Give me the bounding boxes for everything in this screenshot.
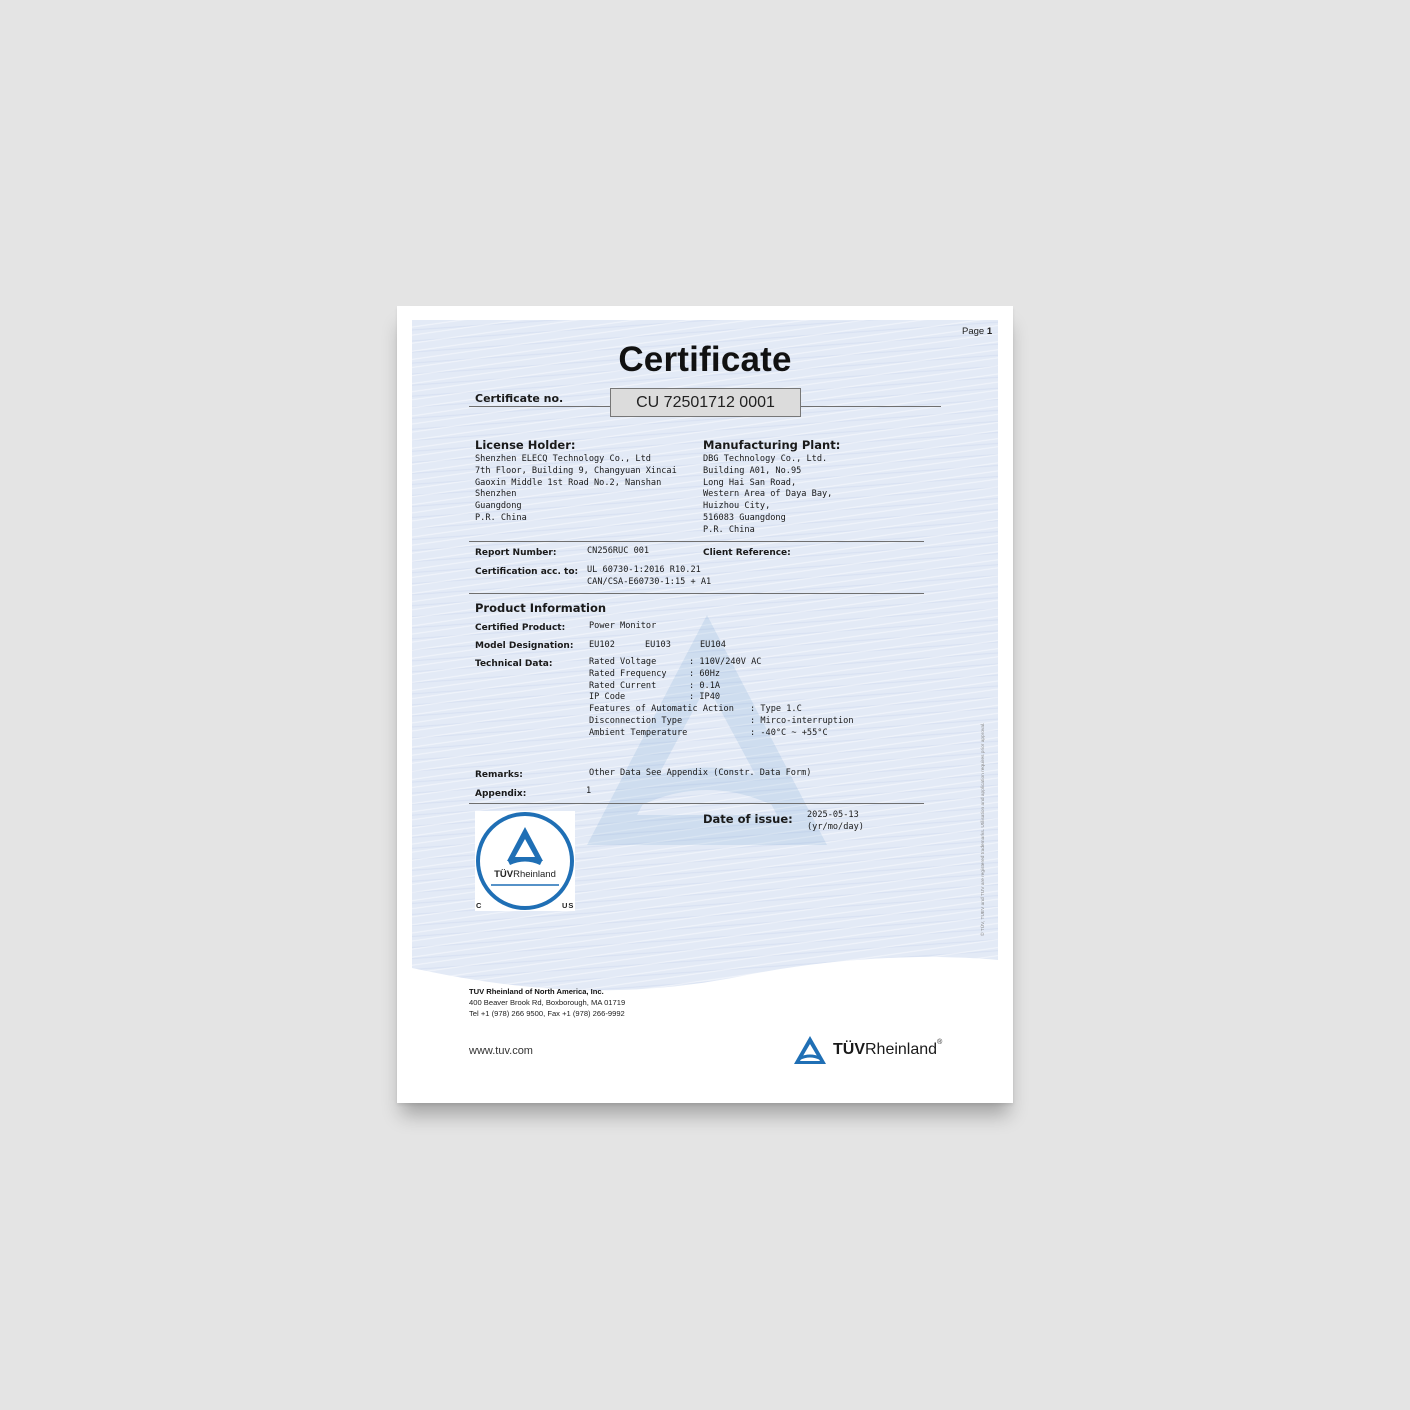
appendix-label: Appendix:	[475, 789, 526, 799]
product-info-title: Product Information	[475, 601, 606, 615]
address-line: Building A01, No.95	[703, 466, 832, 478]
certificate-document: Page 1 Certificate Certificate no. CU 72…	[397, 306, 1013, 1103]
tech-key: Disconnection Type	[589, 716, 750, 728]
technical-row: Rated Frequency: 60Hz	[589, 669, 854, 681]
brand-name: TÜVRheinland®	[833, 1041, 942, 1059]
manufacturing-plant-label: Manufacturing Plant:	[703, 438, 840, 452]
remarks-value: Other Data See Appendix (Constr. Data Fo…	[589, 768, 811, 780]
tech-key: IP Code	[589, 692, 689, 704]
brand-bold: TÜV	[833, 1041, 865, 1058]
seal-c-mark: C	[476, 901, 481, 910]
address-line: Western Area of Daya Bay,	[703, 489, 832, 501]
address-line: Gaoxin Middle 1st Road No.2, Nanshan	[475, 478, 677, 490]
tuv-seal-icon	[475, 811, 575, 911]
website-link[interactable]: www.tuv.com	[469, 1045, 533, 1057]
seal-brand-regular: Rheinland	[513, 869, 556, 880]
page-label: Page	[962, 326, 984, 337]
page-number-value: 1	[987, 326, 992, 337]
certification-standards: UL 60730-1:2016 R10.21 CAN/CSA-E60730-1:…	[587, 565, 711, 589]
date-format: (yr/mo/day)	[807, 822, 864, 834]
tech-key: Features of Automatic Action	[589, 704, 750, 716]
tech-value: Type 1.C	[760, 704, 801, 714]
certificate-number: CU 72501712 0001	[610, 388, 801, 417]
report-number-value: CN256RUC 001	[587, 546, 649, 558]
technical-row: Rated Current: 0.1A	[589, 681, 854, 693]
remarks-label: Remarks:	[475, 770, 523, 780]
technical-row: Rated Voltage: 110V/240V AC	[589, 657, 854, 669]
address-line: Long Hai San Road,	[703, 478, 832, 490]
address-line: Shenzhen	[475, 489, 677, 501]
tech-value: 0.1A	[699, 681, 720, 691]
client-reference-label: Client Reference:	[703, 548, 791, 558]
tech-key: Rated Voltage	[589, 657, 689, 669]
divider	[469, 541, 924, 542]
tech-value: 110V/240V AC	[699, 657, 761, 667]
seal-brand: TÜVRheinland	[475, 869, 575, 880]
address-line: P.R. China	[703, 525, 832, 537]
page-number: Page 1	[962, 326, 992, 337]
tech-value: Mirco-interruption	[760, 716, 853, 726]
tuv-rheinland-logo: TÜVRheinland®	[793, 1035, 942, 1065]
tech-value: -40°C ~ +55°C	[760, 728, 827, 738]
address-line: DBG Technology Co., Ltd.	[703, 454, 832, 466]
footer-contact: Tel +1 (978) 266 9500, Fax +1 (978) 266-…	[469, 1009, 625, 1018]
license-holder-label: License Holder:	[475, 438, 576, 452]
certified-product-value: Power Monitor	[589, 621, 656, 633]
certification-label: Certification acc. to:	[475, 567, 578, 577]
tech-key: Rated Frequency	[589, 669, 689, 681]
date-of-issue-label: Date of issue:	[703, 812, 793, 826]
address-line: 7th Floor, Building 9, Changyuan Xincai	[475, 466, 677, 478]
model-item: EU102	[589, 640, 615, 652]
technical-row: Features of Automatic Action: Type 1.C	[589, 704, 854, 716]
date-of-issue: 2025-05-13 (yr/mo/day)	[807, 810, 864, 834]
manufacturing-plant-address: DBG Technology Co., Ltd. Building A01, N…	[703, 454, 832, 537]
footer-address: 400 Beaver Brook Rd, Boxborough, MA 0171…	[469, 998, 625, 1007]
standard-item: CAN/CSA-E60730-1:15 + A1	[587, 577, 711, 589]
technical-row: Ambient Temperature: -40°C ~ +55°C	[589, 728, 854, 740]
certified-product-label: Certified Product:	[475, 623, 565, 633]
model-item: EU104	[700, 640, 726, 652]
address-line: Guangdong	[475, 501, 677, 513]
tech-value: 60Hz	[699, 669, 720, 679]
technical-row: Disconnection Type: Mirco-interruption	[589, 716, 854, 728]
divider	[469, 803, 924, 804]
standard-item: UL 60730-1:2016 R10.21	[587, 565, 711, 577]
tech-key: Ambient Temperature	[589, 728, 750, 740]
certification-seal: TÜVRheinland	[475, 811, 575, 911]
tech-value: IP40	[699, 692, 720, 702]
trademark-notice: © TÜV, TUEV and TUV are registered trade…	[981, 696, 986, 936]
technical-row: IP Code: IP40	[589, 692, 854, 704]
brand-regular: Rheinland	[865, 1041, 937, 1058]
appendix-value: 1	[586, 786, 591, 798]
seal-brand-bold: TÜV	[494, 869, 513, 880]
address-line: Shenzhen ELECQ Technology Co., Ltd	[475, 454, 677, 466]
certificate-number-label: Certificate no.	[475, 392, 563, 405]
model-designation-label: Model Designation:	[475, 641, 573, 651]
technical-data-label: Technical Data:	[475, 659, 552, 669]
date-of-issue-value: 2025-05-13	[807, 810, 864, 822]
tuv-triangle-icon	[793, 1035, 827, 1065]
model-item: EU103	[645, 640, 671, 652]
document-title: Certificate	[397, 340, 1013, 380]
address-line: P.R. China	[475, 513, 677, 525]
technical-data-list: Rated Voltage: 110V/240V AC Rated Freque…	[589, 657, 854, 740]
tech-key: Rated Current	[589, 681, 689, 693]
footer-organization: TUV Rheinland of North America, Inc.	[469, 987, 604, 996]
report-number-label: Report Number:	[475, 548, 556, 558]
address-line: Huizhou City,	[703, 501, 832, 513]
registered-mark: ®	[937, 1039, 942, 1046]
seal-us-mark: US	[562, 901, 574, 910]
divider	[469, 593, 924, 594]
address-line: 516083 Guangdong	[703, 513, 832, 525]
license-holder-address: Shenzhen ELECQ Technology Co., Ltd 7th F…	[475, 454, 677, 525]
